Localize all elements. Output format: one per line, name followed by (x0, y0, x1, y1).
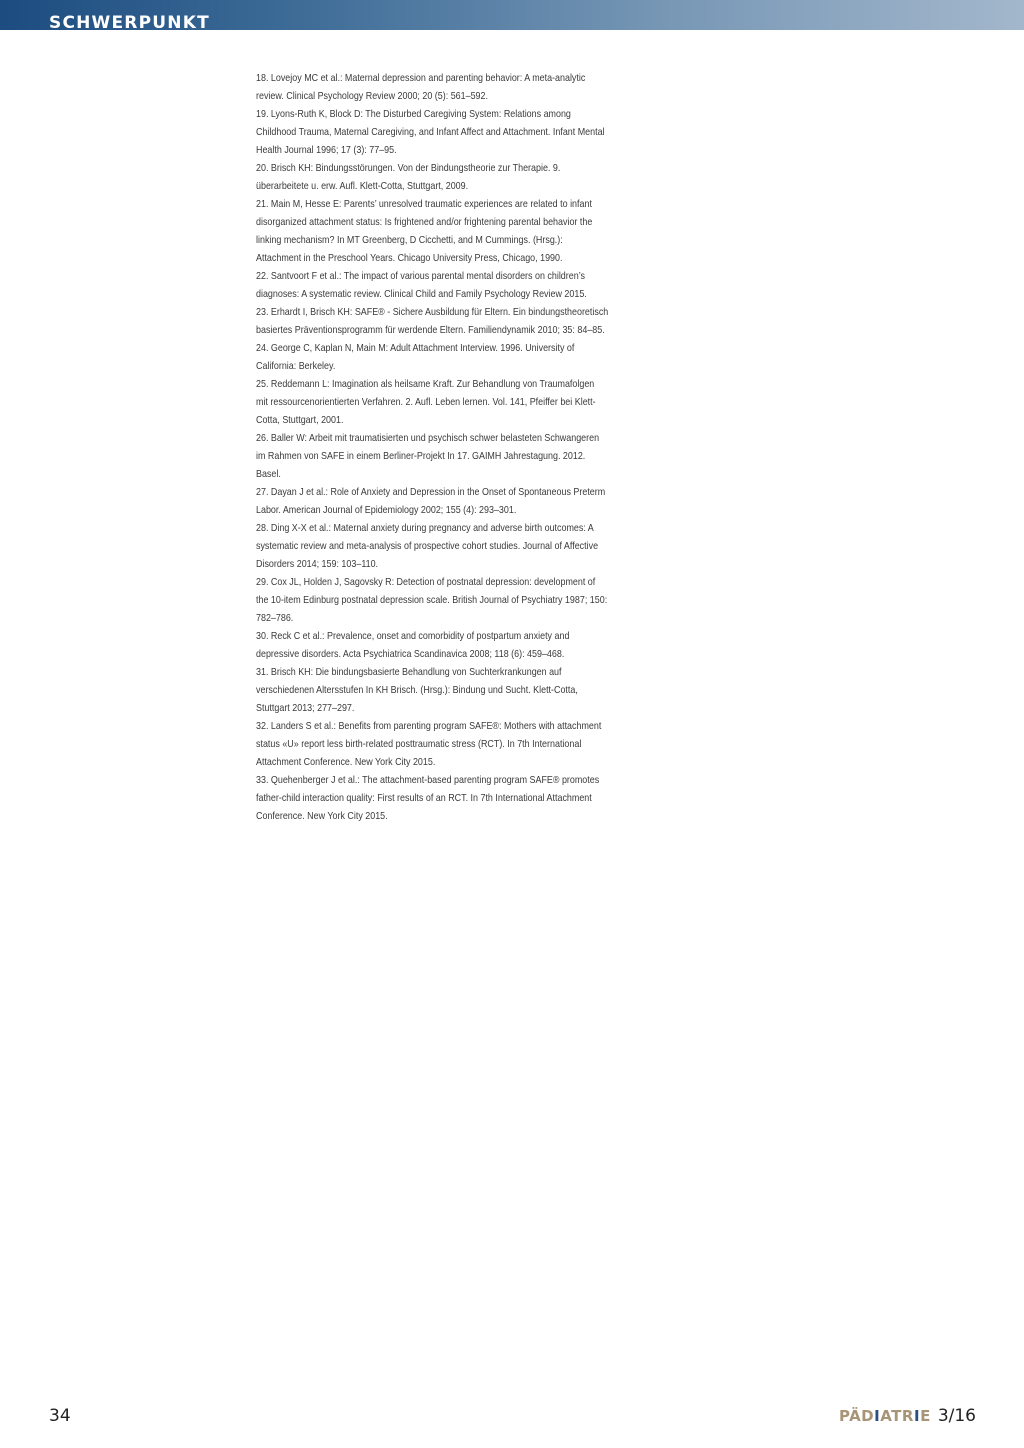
section-header-band: SCHWERPUNKT (0, 0, 1024, 30)
journal-logo: PÄDIATRIE (839, 1407, 931, 1425)
journal-footer: PÄDIATRIE 3/16 (839, 1406, 976, 1426)
reference-item: 31. Brisch KH: Die bindungsbasierte Beha… (256, 664, 609, 718)
reference-item: 21. Main M, Hesse E: Parents’ unresolved… (256, 196, 609, 268)
reference-item: 33. Quehenberger J et al.: The attachmen… (256, 772, 609, 826)
reference-item: 32. Landers S et al.: Benefits from pare… (256, 718, 609, 772)
reference-item: 22. Santvoort F et al.: The impact of va… (256, 268, 609, 304)
reference-item: 23. Erhardt I, Brisch KH: SAFE® - Sicher… (256, 304, 609, 340)
page-number: 34 (49, 1406, 71, 1426)
logo-part: ATR (880, 1407, 914, 1425)
reference-item: 30. Reck C et al.: Prevalence, onset and… (256, 628, 609, 664)
reference-item: 25. Reddemann L: Imagination als heilsam… (256, 376, 609, 430)
reference-item: 27. Dayan J et al.: Role of Anxiety and … (256, 484, 609, 520)
reference-list: 18. Lovejoy MC et al.: Maternal depressi… (256, 70, 609, 826)
reference-item: 28. Ding X-X et al.: Maternal anxiety du… (256, 520, 609, 574)
reference-item: 18. Lovejoy MC et al.: Maternal depressi… (256, 70, 609, 106)
issue-number: 3/16 (938, 1406, 976, 1426)
reference-item: 20. Brisch KH: Bindungsstörungen. Von de… (256, 160, 609, 196)
reference-item: 19. Lyons-Ruth K, Block D: The Disturbed… (256, 106, 609, 160)
reference-item: 24. George C, Kaplan N, Main M: Adult At… (256, 340, 609, 376)
reference-item: 26. Baller W: Arbeit mit traumatisierten… (256, 430, 609, 484)
reference-item: 29. Cox JL, Holden J, Sagovsky R: Detect… (256, 574, 609, 628)
section-title: SCHWERPUNKT (49, 11, 210, 30)
logo-part: E (920, 1407, 931, 1425)
logo-part: PÄD (839, 1407, 874, 1425)
